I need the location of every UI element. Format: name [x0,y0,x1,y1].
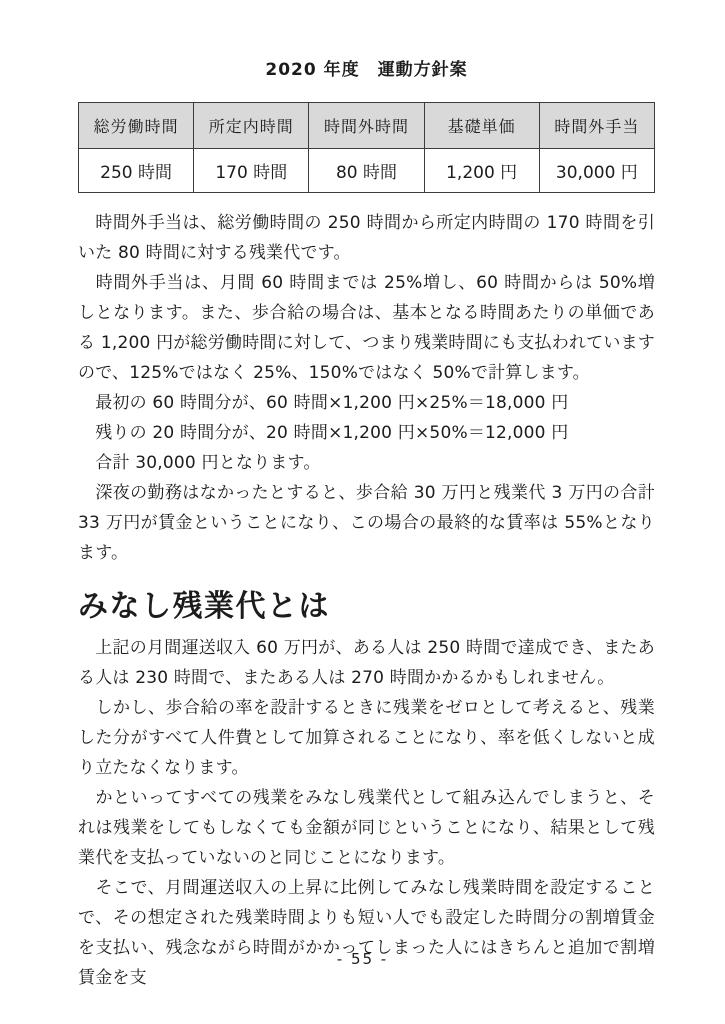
calculation-line: 残りの 20 時間分が、20 時間×1,200 円×50%＝12,000 円 [78,418,655,448]
table-header-cell: 時間外手当 [539,103,654,149]
table-value-cell: 250 時間 [79,149,194,193]
page-number: - 55 - [0,950,725,968]
paragraph: かといってすべての残業をみなし残業代として組み込んでしまうと、それは残業をしても… [78,783,655,873]
paragraph: 深夜の勤務はなかったとすると、歩合給 30 万円と残業代 3 万円の合計 33 … [78,478,655,568]
paragraph: そこで、月間運送収入の上昇に比例してみなし残業時間を設定することで、その想定され… [78,873,655,993]
table-value-cell: 30,000 円 [539,149,654,193]
table-header-cell: 所定内時間 [194,103,309,149]
table-value-cell: 80 時間 [309,149,424,193]
section-deemed-overtime: 上記の月間運送収入 60 万円が、ある人は 250 時間で達成でき、またある人は… [78,633,655,993]
section-overtime-allowance: 時間外手当は、総労働時間の 250 時間から所定内時間の 170 時間を引いた … [78,208,655,568]
page-title: 2020 年度 運動方針案 [78,55,655,80]
paragraph: しかし、歩合給の率を設計するときに残業をゼロとして考えると、残業した分がすべて人… [78,693,655,783]
paragraph: 上記の月間運送収入 60 万円が、ある人は 250 時間で達成でき、またある人は… [78,633,655,693]
calculation-line: 最初の 60 時間分が、60 時間×1,200 円×25%＝18,000 円 [78,388,655,418]
table-value-row: 250 時間 170 時間 80 時間 1,200 円 30,000 円 [79,149,655,193]
section-heading: みなし残業代とは [78,581,655,625]
table-header-cell: 時間外時間 [309,103,424,149]
paragraph: 時間外手当は、総労働時間の 250 時間から所定内時間の 170 時間を引いた … [78,208,655,268]
table-value-cell: 1,200 円 [424,149,539,193]
document-page: 2020 年度 運動方針案 総労働時間 所定内時間 時間外時間 基礎単価 時間外… [0,0,725,1024]
wage-summary-table: 総労働時間 所定内時間 時間外時間 基礎単価 時間外手当 250 時間 170 … [78,102,655,193]
table-header-row: 総労働時間 所定内時間 時間外時間 基礎単価 時間外手当 [79,103,655,149]
calculation-line: 合計 30,000 円となります。 [78,448,655,478]
paragraph: 時間外手当は、月間 60 時間までは 25%増し、60 時間からは 50%増しと… [78,268,655,388]
table-header-cell: 総労働時間 [79,103,194,149]
table-value-cell: 170 時間 [194,149,309,193]
table-header-cell: 基礎単価 [424,103,539,149]
